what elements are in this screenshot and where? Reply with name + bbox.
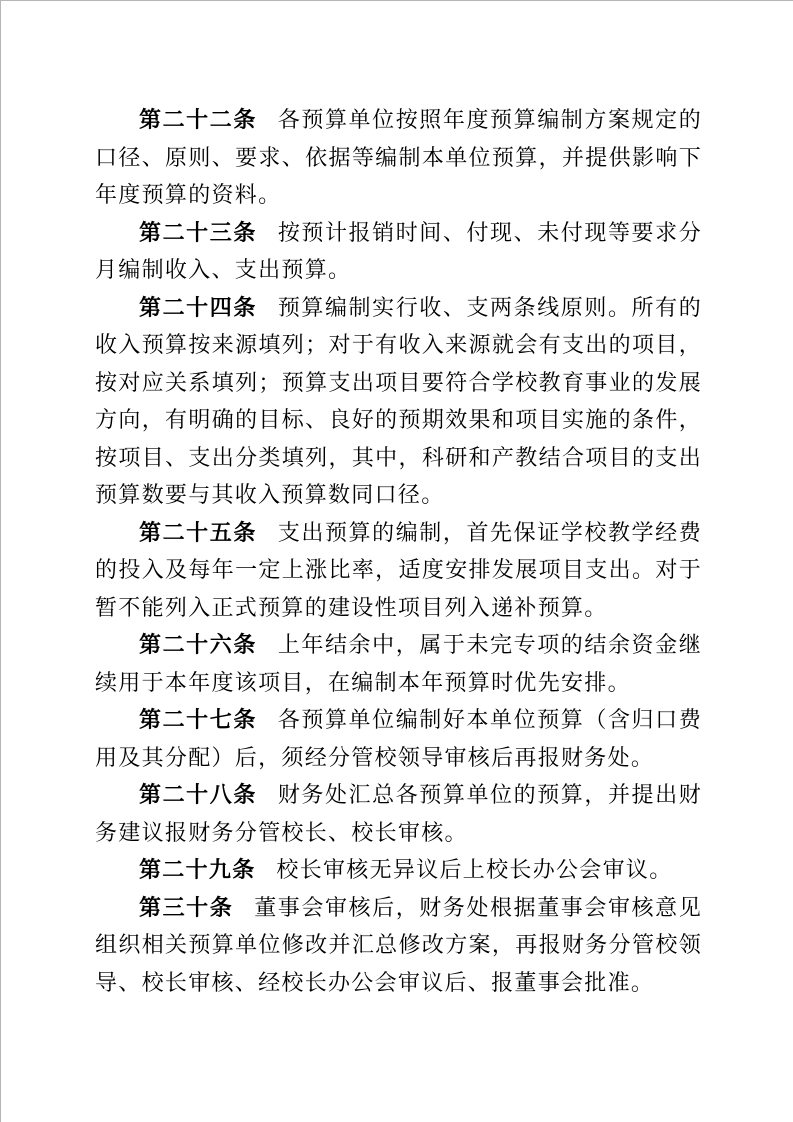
- article-paragraph: 第二十九条校长审核无异议后上校长办公会审议。: [95, 851, 702, 889]
- article-number: 第二十六条: [139, 632, 257, 657]
- article-paragraph: 第二十四条预算编制实行收、支两条线原则。所有的收入预算按来源填列；对于有收入来源…: [95, 289, 702, 514]
- article-number: 第三十条: [139, 895, 233, 920]
- article-number: 第二十八条: [139, 782, 257, 807]
- article-paragraph: 第二十二条各预算单位按照年度预算编制方案规定的口径、原则、要求、依据等编制本单位…: [95, 101, 702, 214]
- article-paragraph: 第二十三条按预计报销时间、付现、未付现等要求分月编制收入、支出预算。: [95, 214, 702, 289]
- article-paragraph: 第三十条董事会审核后，财务处根据董事会审核意见组织相关预算单位修改并汇总修改方案…: [95, 889, 702, 1002]
- document-body: 第二十二条各预算单位按照年度预算编制方案规定的口径、原则、要求、依据等编制本单位…: [95, 101, 702, 1001]
- article-number: 第二十七条: [139, 707, 257, 732]
- article-paragraph: 第二十五条支出预算的编制，首先保证学校教学经费的投入及每年一定上涨比率，适度安排…: [95, 514, 702, 627]
- article-number: 第二十五条: [139, 520, 257, 545]
- document-page: 第二十二条各预算单位按照年度预算编制方案规定的口径、原则、要求、依据等编制本单位…: [0, 0, 793, 1122]
- article-text: 预算编制实行收、支两条线原则。所有的收入预算按来源填列；对于有收入来源就会有支出…: [95, 295, 702, 508]
- article-number: 第二十九条: [139, 857, 256, 882]
- article-paragraph: 第二十七条各预算单位编制好本单位预算（含归口费用及其分配）后，须经分管校领导审核…: [95, 701, 702, 776]
- article-paragraph: 第二十八条财务处汇总各预算单位的预算，并提出财务建议报财务分管校长、校长审核。: [95, 776, 702, 851]
- article-text: 校长审核无异议后上校长办公会审议。: [276, 857, 672, 882]
- article-number: 第二十二条: [139, 107, 257, 132]
- article-number: 第二十四条: [139, 295, 257, 320]
- article-number: 第二十三条: [139, 220, 257, 245]
- article-paragraph: 第二十六条上年结余中，属于未完专项的结余资金继续用于本年度该项目，在编制本年预算…: [95, 626, 702, 701]
